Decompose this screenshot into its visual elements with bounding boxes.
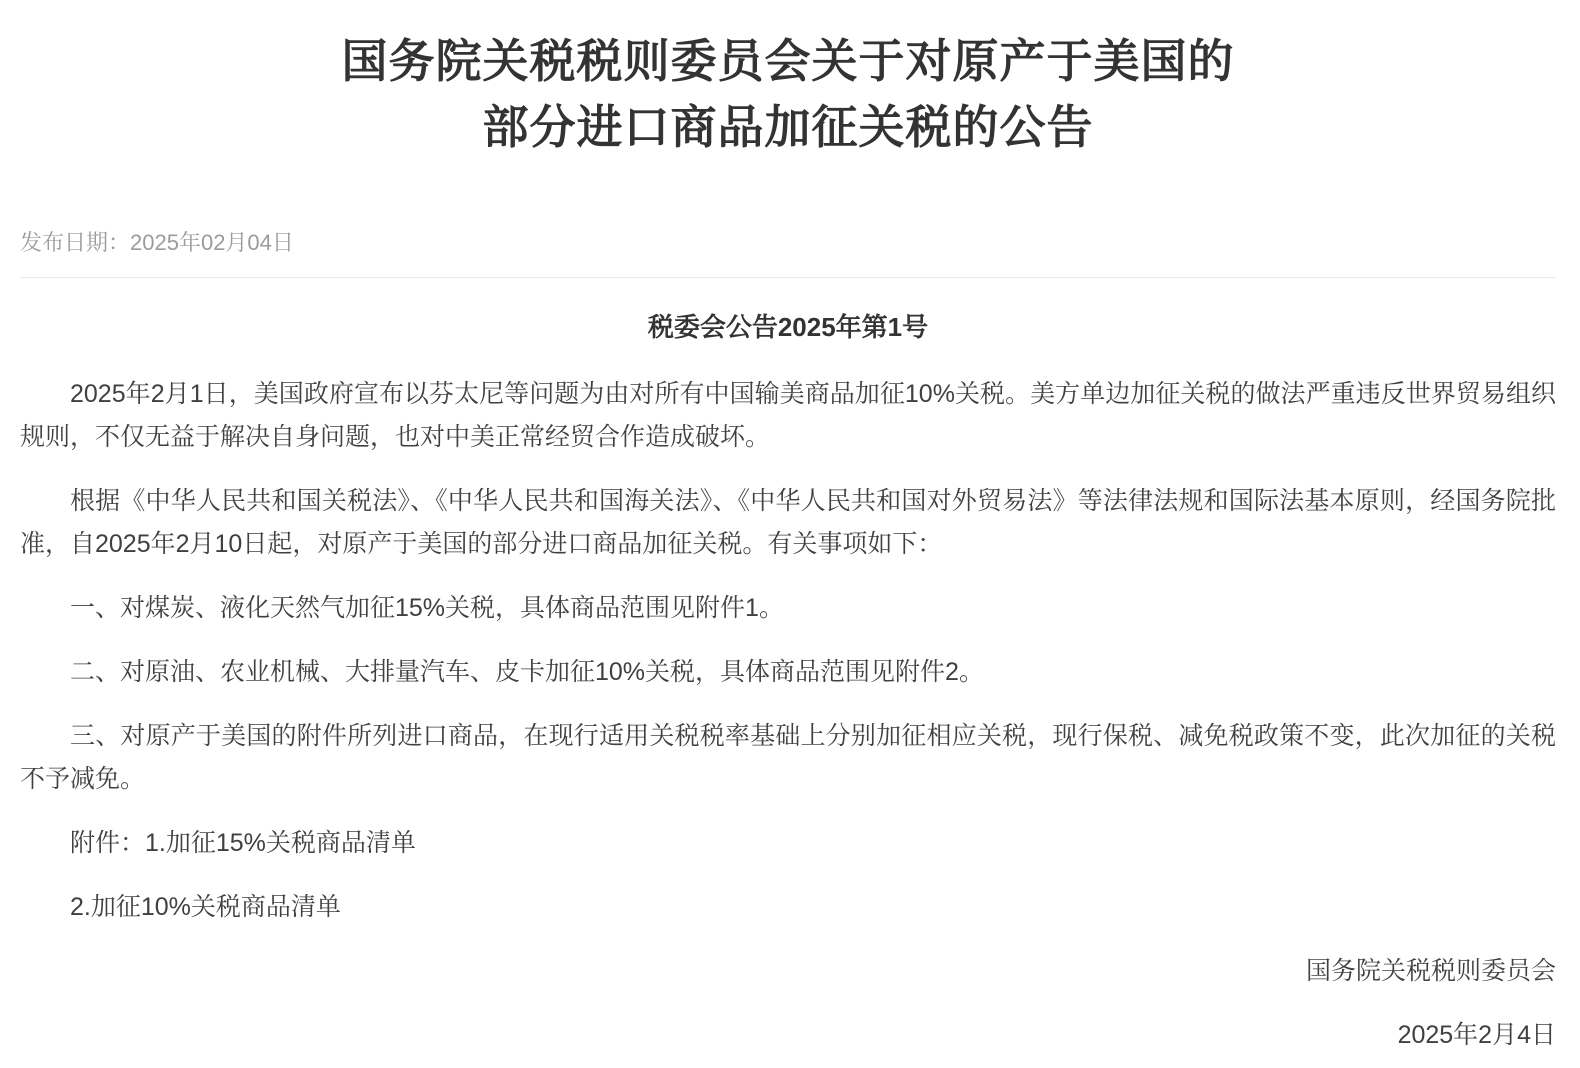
doc-number: 税委会公告2025年第1号 [20, 310, 1556, 344]
attachment-line-2: 2.加征10%关税商品清单 [20, 886, 1556, 929]
attachment-line-1: 附件：1.加征15%关税商品清单 [20, 822, 1556, 865]
paragraph-legal-basis: 根据《中华人民共和国关税法》、《中华人民共和国海关法》、《中华人民共和国对外贸易… [20, 480, 1556, 566]
publish-date-value: 2025年02月04日 [130, 230, 294, 255]
divider [20, 277, 1556, 278]
publish-date-label: 发布日期： [20, 230, 130, 255]
signature: 国务院关税税则委员会 [20, 950, 1556, 993]
item-1-coal-lng-15pct: 一、对煤炭、液化天然气加征15%关税，具体商品范围见附件1。 [20, 587, 1556, 630]
signature-date: 2025年2月4日 [20, 1014, 1556, 1057]
paragraph-intro: 2025年2月1日，美国政府宣布以芬太尼等问题为由对所有中国输美商品加征10%关… [20, 373, 1556, 459]
item-2-crude-machinery-10pct: 二、对原油、农业机械、大排量汽车、皮卡加征10%关税，具体商品范围见附件2。 [20, 651, 1556, 694]
announcement-document: 国务院关税税则委员会关于对原产于美国的 部分进口商品加征关税的公告 发布日期：2… [0, 0, 1580, 1057]
publish-date: 发布日期：2025年02月04日 [20, 230, 1556, 256]
item-3-tariff-application: 三、对原产于美国的附件所列进口商品，在现行适用关税税率基础上分别加征相应关税，现… [20, 715, 1556, 801]
page-title-line-1: 国务院关税税则委员会关于对原产于美国的 [20, 28, 1556, 94]
page-title: 国务院关税税则委员会关于对原产于美国的 部分进口商品加征关税的公告 [20, 28, 1556, 160]
page-title-line-2: 部分进口商品加征关税的公告 [20, 94, 1556, 160]
